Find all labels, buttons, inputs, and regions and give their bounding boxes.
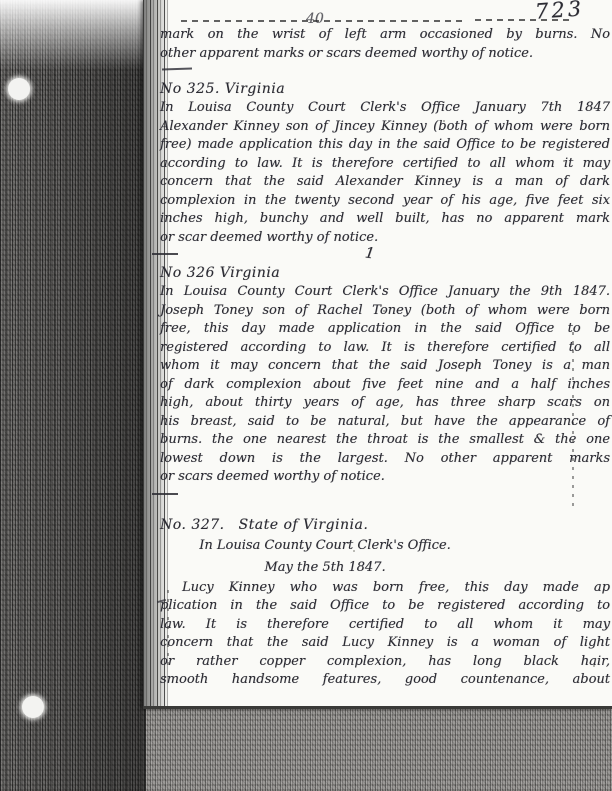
entry-title: State of Virginia. — [239, 517, 369, 533]
hole-punch-bottom — [22, 696, 44, 718]
entry-327-heading: No. 327.State of Virginia. — [160, 515, 610, 535]
handwritten-line: burns. the one nearest the throat is the… — [160, 431, 610, 450]
handwritten-line: registered according to law. It is there… — [160, 339, 610, 358]
handwritten-line: inches high, bunchy and well built, has … — [160, 210, 610, 229]
hole-punch-top — [8, 78, 30, 100]
entry-end-dash — [152, 493, 178, 499]
handwritten-line: or scar deemed worthy of notice. — [160, 229, 610, 248]
handwritten-line: other apparent marks or scars deemed wor… — [160, 45, 610, 64]
handwritten-line: Alexander Kinney son of Jincey Kinney (b… — [160, 118, 610, 137]
handwritten-line: lowest down is the largest. No other app… — [160, 450, 610, 469]
handwritten-line: or rather copper complexion, has long bl… — [160, 653, 610, 672]
handwritten-line: according to law. It is therefore certif… — [160, 155, 610, 174]
office-line: In Louisa County Court Clerk's Office. — [160, 535, 490, 557]
handwritten-line: In Louisa County Court Clerk's Office Ja… — [160, 99, 610, 118]
handwritten-line: whom it may concern that the said Joseph… — [160, 357, 610, 376]
scan-light-fade — [0, 0, 146, 70]
photocopy-edge-texture — [0, 0, 146, 791]
entry-number: No. 327. — [160, 517, 225, 533]
handwritten-line: plication in the said Office to be regis… — [160, 597, 610, 616]
handwritten-line: or scars deemed worthy of notice. — [160, 468, 610, 487]
handwritten-line: high, about thirty years of age, has thr… — [160, 394, 610, 413]
entry-326-heading: No 326 Virginia — [160, 263, 610, 283]
entry-325-heading: No 325. Virginia — [160, 79, 610, 99]
handwritten-line: Lucy Kinney who was born free, this day … — [160, 579, 610, 598]
handwritten-line: Joseph Toney son of Rachel Toney (both o… — [160, 302, 610, 321]
handwritten-line: In Louisa County Court Clerk's Office Ja… — [160, 283, 610, 302]
handwritten-line: his breast, said to be natural, but have… — [160, 413, 610, 432]
folio-number: 723 — [534, 0, 585, 24]
handwritten-line: complexion in the twenty second year of … — [160, 192, 610, 211]
handwritten-line: free) made application this day in the s… — [160, 136, 610, 155]
handwritten-line: concern that the said Lucy Kinney is a w… — [160, 634, 610, 653]
handwritten-line: concern that the said Alexander Kinney i… — [160, 173, 610, 192]
handwritten-line: smooth handsome features, good countenan… — [160, 671, 610, 690]
entry-end-dash — [152, 253, 178, 259]
handwritten-line: mark on the wrist of left arm occasioned… — [160, 26, 610, 45]
manuscript-page: 723 40 1 mark on the wrist of left arm o… — [143, 0, 612, 709]
handwritten-line: free, this day made application in the s… — [160, 320, 610, 339]
handwritten-line: of dark complexion about five feet nine … — [160, 376, 610, 395]
scanned-document: 723 40 1 mark on the wrist of left arm o… — [0, 0, 612, 791]
date-line: May the 5th 1847. — [160, 557, 490, 579]
handwritten-text-column: mark on the wrist of left arm occasioned… — [160, 26, 610, 690]
page-margin-number: 40 — [306, 11, 324, 27]
handwritten-line: law. It is therefore certified to all wh… — [160, 616, 610, 635]
